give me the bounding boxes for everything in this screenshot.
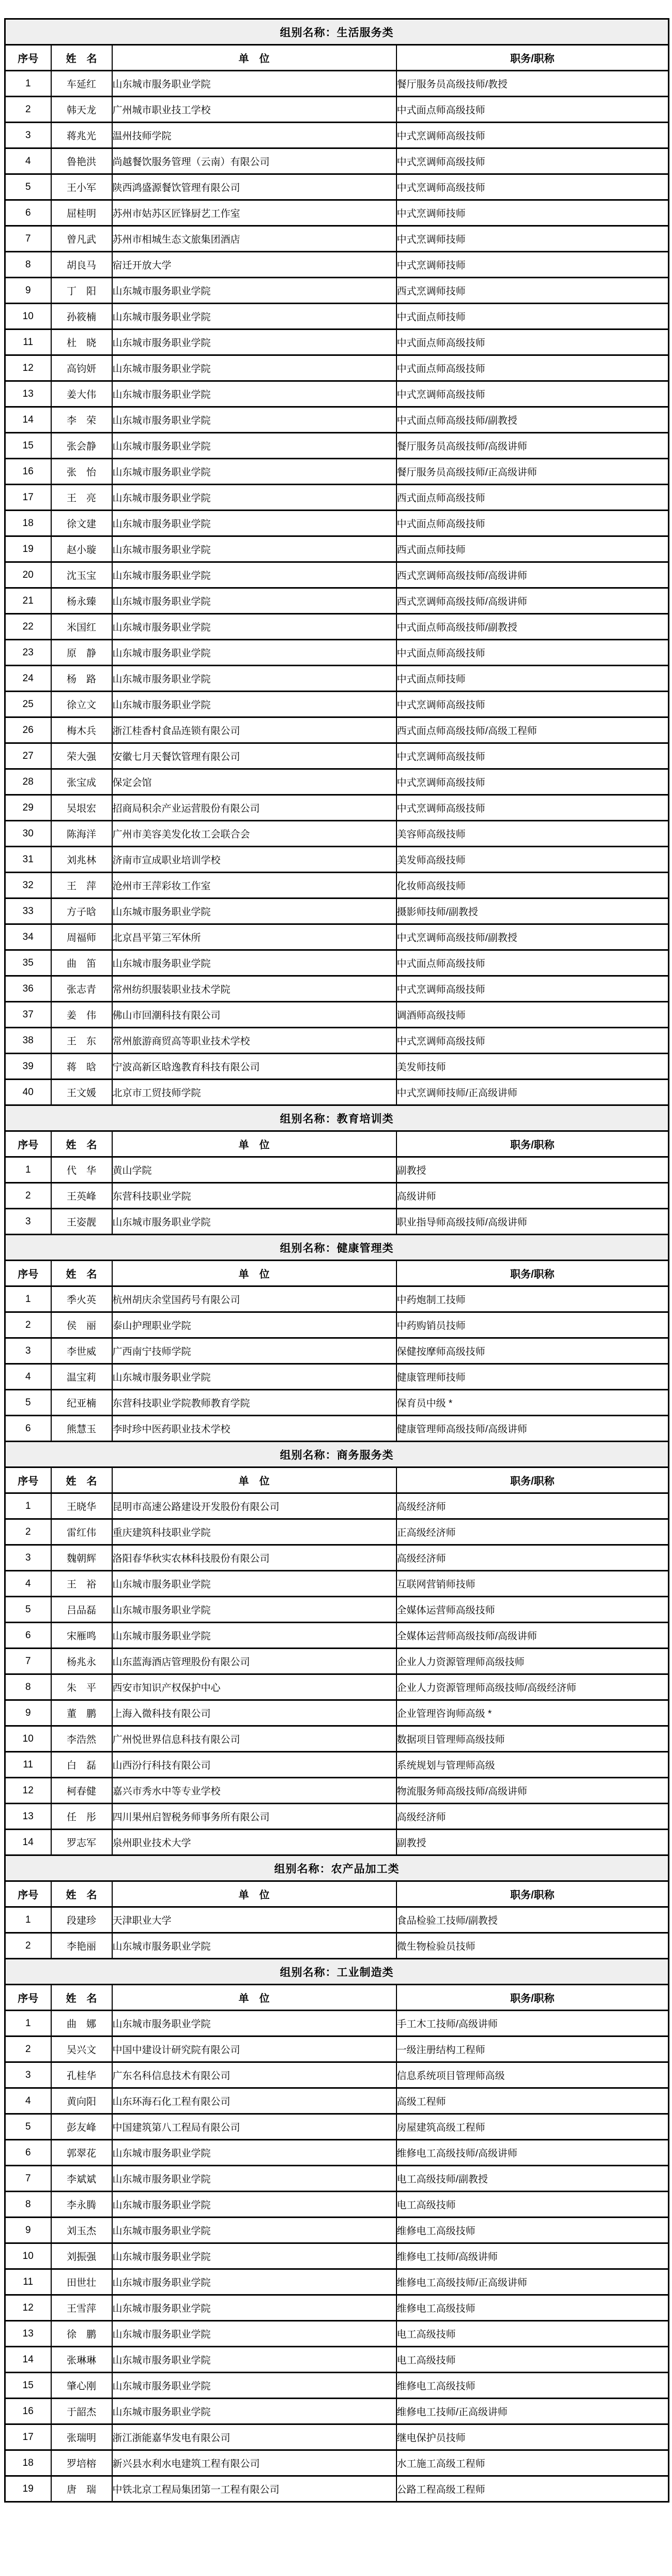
title-cell: 电工高级技师 [396,2347,669,2373]
unit-cell: 山东城市服务职业学院 [112,2218,396,2243]
roster-table-body: 组别名称：生活服务类序号姓 名单 位职务/职称1车延红山东城市服务职业学院餐厅服… [5,19,669,2502]
group-header-label: 组别名称：健康管理类 [5,1235,669,1261]
serial-cell: 2 [5,1933,51,1959]
name-cell: 车延红 [51,71,112,97]
table-row: 27荣大强安徽七月天餐饮管理有限公司中式烹调师高级技师 [5,743,669,769]
name-cell: 吴垠宏 [51,795,112,821]
title-cell: 中式烹调师技师 [396,252,669,278]
name-cell: 李浩然 [51,1726,112,1752]
table-row: 3李世威广西南宁技师学院保健按摩师高级技师 [5,1338,669,1364]
serial-cell: 1 [5,71,51,97]
unit-cell: 山东城市服务职业学院 [112,1623,396,1649]
title-cell: 电工高级技师/副教授 [396,2166,669,2192]
unit-cell: 山东城市服务职业学院 [112,1597,396,1623]
name-cell: 张 怡 [51,459,112,485]
title-cell: 摄影师技师/副教授 [396,898,669,924]
serial-cell: 3 [5,123,51,148]
name-cell: 徐文建 [51,511,112,536]
column-header-row: 序号姓 名单 位职务/职称 [5,1985,669,2011]
group-header-row: 组别名称：教育培训类 [5,1105,669,1131]
title-cell: 美发师技师 [396,1054,669,1080]
serial-cell: 26 [5,717,51,743]
unit-cell: 广西南宁技师学院 [112,1338,396,1364]
serial-cell: 10 [5,2243,51,2269]
title-cell: 中式烹调师高级技师 [396,381,669,407]
name-cell: 韩天龙 [51,97,112,123]
column-header-serial-cell: 序号 [5,1985,51,2011]
unit-cell: 山东城市服务职业学院 [112,511,396,536]
title-cell: 西式烹调师高级技师/高级讲师 [396,562,669,588]
unit-cell: 山东城市服务职业学院 [112,1571,396,1597]
name-cell: 徐 鹏 [51,2321,112,2347]
title-cell: 微生物检验员技师 [396,1933,669,1959]
table-row: 11杜 晓山东城市服务职业学院中式面点师高级技师 [5,330,669,355]
unit-cell: 山东城市服务职业学院 [112,614,396,640]
serial-cell: 5 [5,1390,51,1416]
unit-cell: 上海入微科技有限公司 [112,1700,396,1726]
table-row: 37姜 伟佛山市回潮科技有限公司调酒师高级技师 [5,1002,669,1028]
unit-cell: 招商局积余产业运营股份有限公司 [112,795,396,821]
serial-cell: 14 [5,1830,51,1855]
name-cell: 杜 晓 [51,330,112,355]
name-cell: 朱 平 [51,1674,112,1700]
table-row: 2侯 丽泰山护理职业学院中药购销员技师 [5,1312,669,1338]
serial-cell: 29 [5,795,51,821]
name-cell: 代 华 [51,1157,112,1183]
serial-cell: 16 [5,2399,51,2424]
group-header-row: 组别名称：工业制造类 [5,1959,669,1985]
serial-cell: 11 [5,1752,51,1778]
name-cell: 张会静 [51,433,112,459]
table-row: 9刘玉杰山东城市服务职业学院维修电工高级技师 [5,2218,669,2243]
table-row: 29吴垠宏招商局积余产业运营股份有限公司中式烹调师高级技师 [5,795,669,821]
name-cell: 米国红 [51,614,112,640]
serial-cell: 8 [5,252,51,278]
unit-cell: 山东城市服务职业学院 [112,459,396,485]
unit-cell: 山东城市服务职业学院 [112,588,396,614]
unit-cell: 山东城市服务职业学院 [112,536,396,562]
table-row: 4鲁艳洪尚越餐饮服务管理（云南）有限公司中式烹调师高级技师 [5,148,669,174]
table-row: 5吕品磊山东城市服务职业学院全媒体运营师高级技师 [5,1597,669,1623]
name-cell: 李艳丽 [51,1933,112,1959]
name-cell: 刘兆林 [51,847,112,873]
unit-cell: 山东城市服务职业学院 [112,666,396,692]
serial-cell: 2 [5,2036,51,2062]
serial-cell: 13 [5,381,51,407]
serial-cell: 15 [5,2373,51,2399]
table-row: 13任 彤四川果州启智税务师事务所有限公司高级经济师 [5,1804,669,1830]
table-row: 1曲 娜山东城市服务职业学院手工木工技师/高级讲师 [5,2011,669,2036]
serial-cell: 6 [5,2140,51,2166]
title-cell: 中式面点师高级技师 [396,97,669,123]
title-cell: 维修电工高级技师 [396,2218,669,2243]
name-cell: 纪亚楠 [51,1390,112,1416]
column-header-serial-cell: 序号 [5,1881,51,1907]
name-cell: 曲 笛 [51,950,112,976]
serial-cell: 25 [5,692,51,717]
title-cell: 中式面点师高级技师 [396,330,669,355]
name-cell: 宋雁鸣 [51,1623,112,1649]
column-header-serial-cell: 序号 [5,1261,51,1286]
serial-cell: 37 [5,1002,51,1028]
serial-cell: 14 [5,407,51,433]
title-cell: 职业指导师高级技师/高级讲师 [396,1209,669,1235]
unit-cell: 新兴县水利水电建筑工程有限公司 [112,2450,396,2476]
title-cell: 维修电工技师/正高级讲师 [396,2399,669,2424]
name-cell: 梅木兵 [51,717,112,743]
title-cell: 中式面点师高级技师 [396,511,669,536]
name-cell: 刘振强 [51,2243,112,2269]
unit-cell: 浙江桂香村食品连锁有限公司 [112,717,396,743]
title-cell: 调酒师高级技师 [396,1002,669,1028]
title-cell: 中式烹调师高级技师 [396,123,669,148]
unit-cell: 山东城市服务职业学院 [112,2166,396,2192]
unit-cell: 西安市知识产权保护中心 [112,1674,396,1700]
unit-cell: 沧州市王萍彩妆工作室 [112,873,396,898]
unit-cell: 天津职业大学 [112,1907,396,1933]
name-cell: 吕品磊 [51,1597,112,1623]
table-row: 10刘振强山东城市服务职业学院维修电工技师/高级讲师 [5,2243,669,2269]
serial-cell: 28 [5,769,51,795]
unit-cell: 广州悦世界信息科技有限公司 [112,1726,396,1752]
name-cell: 曾凡武 [51,226,112,252]
serial-cell: 8 [5,1674,51,1700]
serial-cell: 15 [5,433,51,459]
unit-cell: 山东城市服务职业学院 [112,485,396,511]
title-cell: 餐厅服务员高级技师/正高级讲师 [396,459,669,485]
unit-cell: 宁波高新区晗逸教育科技有限公司 [112,1054,396,1080]
unit-cell: 四川果州启智税务师事务所有限公司 [112,1804,396,1830]
title-cell: 中药炮制工技师 [396,1286,669,1312]
unit-cell: 山东城市服务职业学院 [112,2399,396,2424]
serial-cell: 9 [5,1700,51,1726]
title-cell: 信息系统项目管理师高级 [396,2062,669,2088]
title-cell: 中式面点师高级技师 [396,950,669,976]
serial-cell: 12 [5,2295,51,2321]
serial-cell: 33 [5,898,51,924]
title-cell: 中式烹调师高级技师 [396,692,669,717]
title-cell: 企业管理咨询师高级 * [396,1700,669,1726]
unit-cell: 山东城市服务职业学院 [112,1209,396,1235]
title-cell: 中式烹调师高级技师 [396,148,669,174]
name-cell: 方子晗 [51,898,112,924]
serial-cell: 7 [5,226,51,252]
serial-cell: 6 [5,1623,51,1649]
serial-cell: 4 [5,148,51,174]
table-row: 9董 鹏上海入微科技有限公司企业管理咨询师高级 * [5,1700,669,1726]
name-cell: 雷红伟 [51,1519,112,1545]
table-row: 15肇心刚山东城市服务职业学院维修电工高级技师 [5,2373,669,2399]
table-row: 2韩天龙广州城市职业技工学校中式面点师高级技师 [5,97,669,123]
unit-cell: 山东环海石化工程有限公司 [112,2088,396,2114]
group-header-label: 组别名称：教育培训类 [5,1105,669,1131]
serial-cell: 27 [5,743,51,769]
name-cell: 孙筱楠 [51,304,112,330]
group-header-label: 组别名称：工业制造类 [5,1959,669,1985]
serial-cell: 9 [5,278,51,304]
title-cell: 企业人力资源管理师高级技师/高级经济师 [396,1674,669,1700]
table-row: 3蒋兆光温州技师学院中式烹调师高级技师 [5,123,669,148]
title-cell: 中式烹调师技师 [396,200,669,226]
title-cell: 中式烹调师技师/正高级讲师 [396,1080,669,1105]
table-row: 13徐 鹏山东城市服务职业学院电工高级技师 [5,2321,669,2347]
table-row: 1车延红山东城市服务职业学院餐厅服务员高级技师/教授 [5,71,669,97]
unit-cell: 东营科技职业学院教师教育学院 [112,1390,396,1416]
title-cell: 西式烹调师高级技师/高级讲师 [396,588,669,614]
unit-cell: 广州城市职业技工学校 [112,97,396,123]
table-row: 3孔桂华广东名科信息技术有限公司信息系统项目管理师高级 [5,2062,669,2088]
title-cell: 中式面点师技师 [396,304,669,330]
title-cell: 高级经济师 [396,1493,669,1519]
group-header-label: 组别名称：农产品加工类 [5,1855,669,1881]
serial-cell: 40 [5,1080,51,1105]
name-cell: 姜 伟 [51,1002,112,1028]
name-cell: 侯 丽 [51,1312,112,1338]
unit-cell: 苏州市姑苏区匠锋厨艺工作室 [112,200,396,226]
title-cell: 保健按摩师高级技师 [396,1338,669,1364]
name-cell: 郭翠花 [51,2140,112,2166]
unit-cell: 山东城市服务职业学院 [112,692,396,717]
name-cell: 李世威 [51,1338,112,1364]
unit-cell: 尚越餐饮服务管理（云南）有限公司 [112,148,396,174]
column-header-title-cell: 职务/职称 [396,1261,669,1286]
name-cell: 田世壮 [51,2269,112,2295]
serial-cell: 1 [5,1493,51,1519]
name-cell: 段建珍 [51,1907,112,1933]
unit-cell: 山东城市服务职业学院 [112,278,396,304]
group-header-label: 组别名称：商务服务类 [5,1442,669,1467]
name-cell: 温宝莉 [51,1364,112,1390]
name-cell: 王 东 [51,1028,112,1054]
serial-cell: 18 [5,511,51,536]
title-cell: 电工高级技师 [396,2321,669,2347]
table-row: 35曲 笛山东城市服务职业学院中式面点师高级技师 [5,950,669,976]
name-cell: 王晓华 [51,1493,112,1519]
title-cell: 高级经济师 [396,1804,669,1830]
table-row: 23原 静山东城市服务职业学院中式面点师高级技师 [5,640,669,666]
table-row: 1季火英杭州胡庆余堂国药号有限公司中药炮制工技师 [5,1286,669,1312]
column-header-unit-cell: 单 位 [112,1985,396,2011]
table-row: 8胡良马宿迁开放大学中式烹调师技师 [5,252,669,278]
table-row: 39蒋 晗宁波高新区晗逸教育科技有限公司美发师技师 [5,1054,669,1080]
unit-cell: 中铁北京工程局集团第一工程有限公司 [112,2476,396,2502]
title-cell: 中式面点师高级技师 [396,640,669,666]
serial-cell: 3 [5,2062,51,2088]
name-cell: 魏朝辉 [51,1545,112,1571]
table-row: 5王小军陕西鸿盛源餐饮管理有限公司中式烹调师高级技师 [5,174,669,200]
table-row: 10孙筱楠山东城市服务职业学院中式面点师技师 [5,304,669,330]
serial-cell: 1 [5,1286,51,1312]
serial-cell: 10 [5,1726,51,1752]
name-cell: 杨 路 [51,666,112,692]
name-cell: 丁 阳 [51,278,112,304]
column-header-row: 序号姓 名单 位职务/职称 [5,1881,669,1907]
unit-cell: 山东城市服务职业学院 [112,562,396,588]
title-cell: 水工施工高级工程师 [396,2450,669,2476]
table-row: 6屈桂明苏州市姑苏区匠锋厨艺工作室中式烹调师技师 [5,200,669,226]
serial-cell: 21 [5,588,51,614]
serial-cell: 7 [5,2166,51,2192]
unit-cell: 黄山学院 [112,1157,396,1183]
unit-cell: 杭州胡庆余堂国药号有限公司 [112,1286,396,1312]
serial-cell: 4 [5,1364,51,1390]
column-header-name-cell: 姓 名 [51,1467,112,1493]
unit-cell: 保定会馆 [112,769,396,795]
table-row: 2吴兴文中国中建设计研究院有限公司一级注册结构工程师 [5,2036,669,2062]
column-header-title-cell: 职务/职称 [396,1881,669,1907]
serial-cell: 36 [5,976,51,1002]
name-cell: 任 彤 [51,1804,112,1830]
title-cell: 中药购销员技师 [396,1312,669,1338]
serial-cell: 4 [5,1571,51,1597]
title-cell: 中式烹调师高级技师 [396,743,669,769]
unit-cell: 北京昌平第三军休所 [112,924,396,950]
table-row: 12柯春健嘉兴市秀水中等专业学校物流服务师高级技师/高级讲师 [5,1778,669,1804]
unit-cell: 李时珍中医药职业技术学校 [112,1416,396,1442]
title-cell: 高级讲师 [396,1183,669,1209]
name-cell: 王文媛 [51,1080,112,1105]
column-header-unit-cell: 单 位 [112,45,396,71]
title-cell: 西式面点师高级技师/高级工程师 [396,717,669,743]
unit-cell: 山东城市服务职业学院 [112,2269,396,2295]
unit-cell: 嘉兴市秀水中等专业学校 [112,1778,396,1804]
name-cell: 曲 娜 [51,2011,112,2036]
name-cell: 董 鹏 [51,1700,112,1726]
name-cell: 鲁艳洪 [51,148,112,174]
table-row: 6熊慧玉李时珍中医药职业技术学校健康管理师高级技师/高级讲师 [5,1416,669,1442]
roster-table: 组别名称：生活服务类序号姓 名单 位职务/职称1车延红山东城市服务职业学院餐厅服… [4,18,669,2503]
table-row: 4温宝莉山东城市服务职业学院健康管理师技师 [5,1364,669,1390]
unit-cell: 常州旅游商贸高等职业技术学校 [112,1028,396,1054]
unit-cell: 山东城市服务职业学院 [112,433,396,459]
column-header-serial-cell: 序号 [5,1131,51,1157]
name-cell: 白 磊 [51,1752,112,1778]
title-cell: 维修电工高级技师 [396,2295,669,2321]
unit-cell: 北京市工贸技师学院 [112,1080,396,1105]
title-cell: 维修电工高级技师 [396,2373,669,2399]
table-row: 17王 亮山东城市服务职业学院西式面点师高级技师 [5,485,669,511]
unit-cell: 洛阳春华秋实农林科技股份有限公司 [112,1545,396,1571]
unit-cell: 山东城市服务职业学院 [112,304,396,330]
serial-cell: 30 [5,821,51,847]
table-row: 28张宝成保定会馆中式烹调师高级技师 [5,769,669,795]
title-cell: 健康管理师高级技师/高级讲师 [396,1416,669,1442]
unit-cell: 重庆建筑科技职业学院 [112,1519,396,1545]
serial-cell: 14 [5,2347,51,2373]
unit-cell: 山东城市服务职业学院 [112,407,396,433]
column-header-name-cell: 姓 名 [51,1261,112,1286]
title-cell: 数据项目管理师高级技师 [396,1726,669,1752]
name-cell: 季火英 [51,1286,112,1312]
name-cell: 李斌斌 [51,2166,112,2192]
name-cell: 王雪萍 [51,2295,112,2321]
serial-cell: 19 [5,2476,51,2502]
serial-cell: 6 [5,200,51,226]
unit-cell: 安徽七月天餐饮管理有限公司 [112,743,396,769]
table-row: 36张志青常州纺织服装职业技术学院中式烹调师高级技师 [5,976,669,1002]
serial-cell: 6 [5,1416,51,1442]
table-row: 2王英峰东营科技职业学院高级讲师 [5,1183,669,1209]
table-row: 14罗志军泉州职业技术大学副教授 [5,1830,669,1855]
table-row: 32王 萍沧州市王萍彩妆工作室化妆师高级技师 [5,873,669,898]
title-cell: 化妆师高级技师 [396,873,669,898]
name-cell: 荣大强 [51,743,112,769]
unit-cell: 常州纺织服装职业技术学院 [112,976,396,1002]
table-row: 6宋雁鸣山东城市服务职业学院全媒体运营师高级技师/高级讲师 [5,1623,669,1649]
title-cell: 维修电工高级技师/高级讲师 [396,2140,669,2166]
column-header-title-cell: 职务/职称 [396,1467,669,1493]
name-cell: 徐立文 [51,692,112,717]
title-cell: 公路工程高级工程师 [396,2476,669,2502]
table-row: 22米国红山东城市服务职业学院中式面点师高级技师/副教授 [5,614,669,640]
title-cell: 健康管理师技师 [396,1364,669,1390]
table-row: 4黄向阳山东环海石化工程有限公司高级工程师 [5,2088,669,2114]
title-cell: 全媒体运营师高级技师/高级讲师 [396,1623,669,1649]
title-cell: 一级注册结构工程师 [396,2036,669,2062]
serial-cell: 1 [5,1907,51,1933]
table-row: 1代 华黄山学院副教授 [5,1157,669,1183]
unit-cell: 温州技师学院 [112,123,396,148]
name-cell: 张琳琳 [51,2347,112,2373]
table-row: 18罗培榕新兴县水利水电建筑工程有限公司水工施工高级工程师 [5,2450,669,2476]
column-header-name-cell: 姓 名 [51,1131,112,1157]
serial-cell: 17 [5,485,51,511]
serial-cell: 12 [5,355,51,381]
unit-cell: 东营科技职业学院 [112,1183,396,1209]
table-row: 12高钧妍山东城市服务职业学院中式面点师高级技师 [5,355,669,381]
table-row: 21杨永臻山东城市服务职业学院西式烹调师高级技师/高级讲师 [5,588,669,614]
unit-cell: 山东蓝海酒店管理股份有限公司 [112,1649,396,1674]
table-row: 25徐立文山东城市服务职业学院中式烹调师高级技师 [5,692,669,717]
unit-cell: 山东城市服务职业学院 [112,1364,396,1390]
group-header-row: 组别名称：农产品加工类 [5,1855,669,1881]
unit-cell: 济南市宣成职业培训学校 [112,847,396,873]
name-cell: 屈桂明 [51,200,112,226]
table-row: 38王 东常州旅游商贸高等职业技术学校中式烹调师高级技师 [5,1028,669,1054]
unit-cell: 浙江浙能嘉华发电有限公司 [112,2424,396,2450]
title-cell: 高级工程师 [396,2088,669,2114]
group-header-row: 组别名称：商务服务类 [5,1442,669,1467]
serial-cell: 2 [5,1312,51,1338]
name-cell: 原 静 [51,640,112,666]
table-row: 9丁 阳山东城市服务职业学院西式烹调师技师 [5,278,669,304]
unit-cell: 山东城市服务职业学院 [112,640,396,666]
title-cell: 中式烹调师技师 [396,226,669,252]
title-cell: 维修电工高级技师/正高级讲师 [396,2269,669,2295]
column-header-title-cell: 职务/职称 [396,1131,669,1157]
serial-cell: 7 [5,1649,51,1674]
unit-cell: 山东城市服务职业学院 [112,2011,396,2036]
name-cell: 罗志军 [51,1830,112,1855]
title-cell: 房屋建筑高级工程师 [396,2114,669,2140]
name-cell: 蒋 晗 [51,1054,112,1080]
column-header-serial-cell: 序号 [5,45,51,71]
title-cell: 电工高级技师 [396,2192,669,2218]
table-row: 12王雪萍山东城市服务职业学院维修电工高级技师 [5,2295,669,2321]
serial-cell: 2 [5,97,51,123]
serial-cell: 24 [5,666,51,692]
serial-cell: 17 [5,2424,51,2450]
table-row: 11白 磊山西汾行科技有限公司系统规划与管理师高级 [5,1752,669,1778]
title-cell: 中式烹调师高级技师 [396,1028,669,1054]
unit-cell: 苏州市相城生态文旅集团酒店 [112,226,396,252]
column-header-row: 序号姓 名单 位职务/职称 [5,1467,669,1493]
table-row: 34周福师北京昌平第三军休所中式烹调师高级技师/副教授 [5,924,669,950]
column-header-title-cell: 职务/职称 [396,1985,669,2011]
table-row: 2李艳丽山东城市服务职业学院微生物检验员技师 [5,1933,669,1959]
serial-cell: 11 [5,330,51,355]
unit-cell: 山东城市服务职业学院 [112,2373,396,2399]
